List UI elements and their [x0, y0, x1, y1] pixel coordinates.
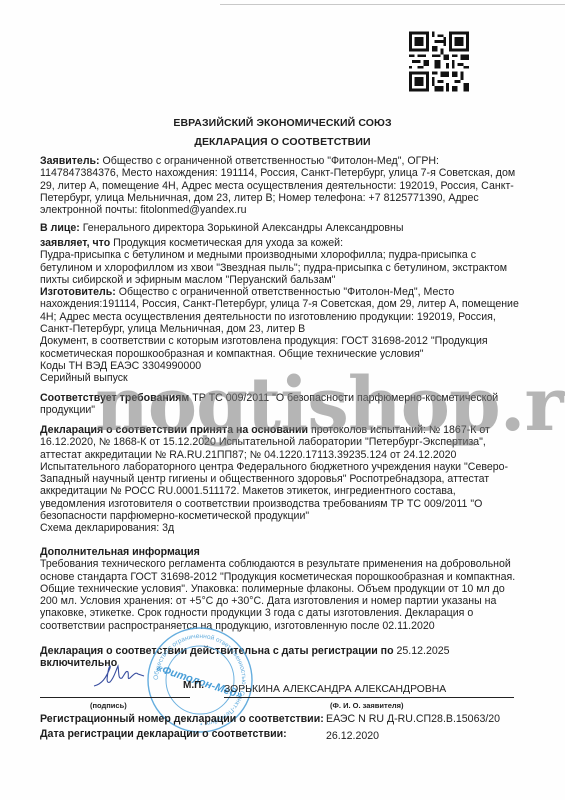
conforms-label: Соответствует требованиям [40, 392, 189, 404]
declares-text: Продукция косметическая для ухода за кож… [110, 237, 343, 249]
additional-info-label: Дополнительная информация [40, 546, 200, 558]
declares-section: заявляет, что Продукция косметическая дл… [40, 237, 520, 385]
registration-number-value: ЕАЭС N RU Д-RU.СП28.В.15063/20 [326, 713, 500, 725]
basis-section: Декларация о соответствии принята на осн… [40, 424, 520, 535]
signature-line [40, 697, 190, 698]
manufacturer-label: Изготовитель: [40, 286, 116, 298]
applicant-text: Общество с ограниченной ответственностью… [40, 155, 515, 216]
qr-code-icon [409, 30, 469, 93]
registration-date-label: Дата регистрации декларации о соответств… [40, 728, 287, 740]
validity-date: 25.12.2025 [394, 645, 450, 657]
document-title: ДЕКЛАРАЦИЯ О СООТВЕТСТВИИ [0, 136, 565, 148]
registration-number-label: Регистрационный номер декларации о соотв… [40, 713, 324, 725]
registration-date-value: 26.12.2020 [326, 730, 379, 742]
basis-label: Декларация о соответствии принята на осн… [40, 424, 308, 436]
signer-name: ЗОРЬКИНА АЛЕКСАНДРА АЛЕКСАНДРОВНА [224, 684, 446, 695]
applicant-section: Заявитель: Общество с ограниченной ответ… [40, 155, 520, 216]
conforms-section: Соответствует требованиям ТР ТС 009/2011… [40, 392, 520, 417]
stamp-place-mark: М.П. [183, 680, 204, 691]
name-caption: (Ф. И. О. заявителя) [330, 701, 404, 710]
additional-info-text: Требования технического регламента соблю… [40, 558, 520, 632]
name-line [224, 697, 514, 698]
declaration-scheme: Схема декларирования: 3д [40, 522, 520, 534]
union-title: ЕВРАЗИЙСКИЙ ЭКОНОМИЧЕСКИЙ СОЮЗ [0, 117, 565, 129]
scan-edge-line [220, 4, 565, 5]
declaration-page: ЕВРАЗИЙСКИЙ ЭКОНОМИЧЕСКИЙ СОЮЗ ДЕКЛАРАЦИ… [0, 0, 565, 800]
represented-by-label: В лице: [40, 222, 80, 234]
signature-icon [92, 660, 147, 690]
release-type: Серийный выпуск [40, 372, 520, 384]
products-list: Пудра-присыпка с бетулином и медными про… [40, 249, 520, 286]
represented-by-text: Генерального директора Зорькиной Алексан… [80, 222, 404, 234]
signature-caption: (подпись) [90, 701, 127, 710]
applicant-label: Заявитель: [40, 155, 100, 167]
manufacturing-document: Документ, в соответствии с которым изгот… [40, 335, 520, 360]
customs-codes: Коды ТН ВЭД ЕАЭС 3304990000 [40, 360, 520, 372]
additional-info-section: Дополнительная информация Требования тех… [40, 546, 520, 632]
declares-label: заявляет, что [40, 237, 110, 249]
represented-by-section: В лице: Генерального директора Зорькиной… [40, 222, 520, 234]
basis-text: протоколов испытаний: № 1867-К от 16.12.… [40, 424, 508, 522]
